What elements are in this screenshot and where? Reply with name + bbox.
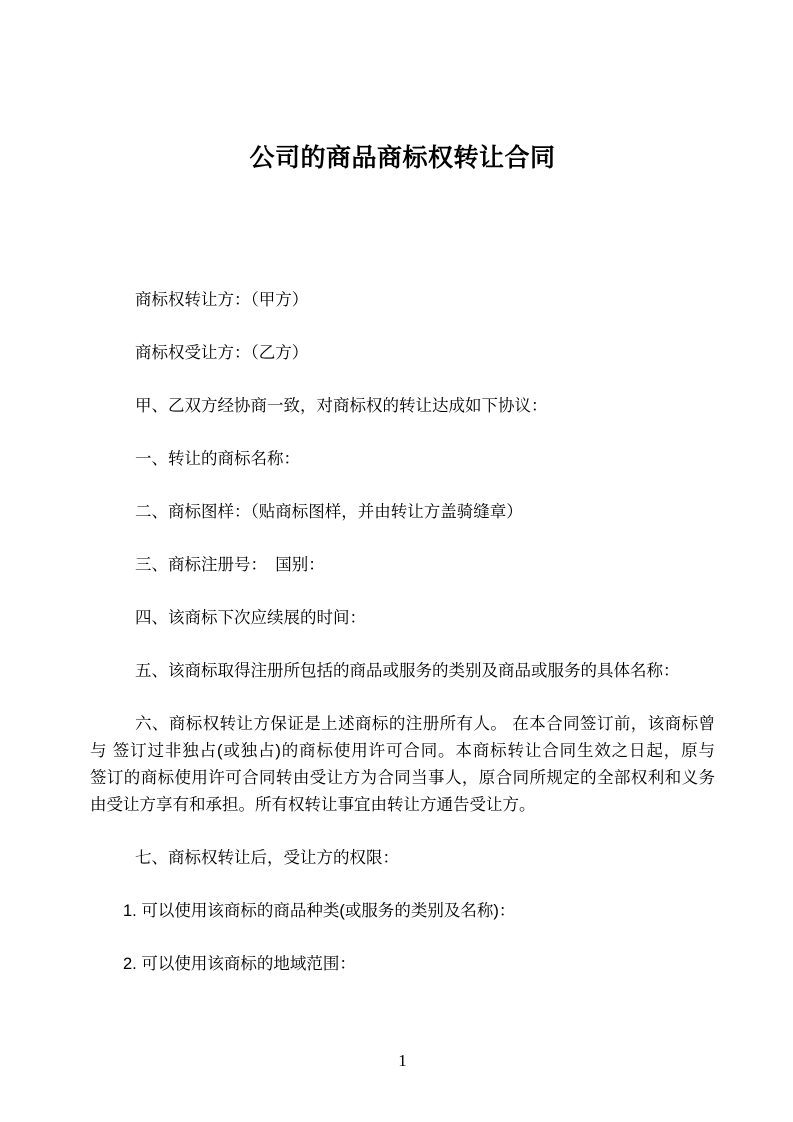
clause-6-line-1: 六、商标权转让方保证是上述商标的注册所有人。 在本合同签订前，该商标曾 [90,711,715,738]
clause-2-trademark-design: 二、商标图样：（贴商标图样，并由转让方盖骑缝章） [90,499,715,526]
document-title: 公司的商品商标权转让合同 [90,142,715,175]
clause-7-assignee-rights: 七、商标权转让后，受让方的权限： [90,845,715,872]
clause-5-goods-services: 五、该商标取得注册所包括的商品或服务的类别及商品或服务的具体名称： [90,658,715,685]
clause-7-item-2: 2. 可以使用该商标的地域范围： [90,951,715,978]
clause-6-ownership-guarantee: 六、商标权转让方保证是上述商标的注册所有人。 在本合同签订前，该商标曾 与 签订… [90,711,715,819]
paragraph-transferor: 商标权转让方：（甲方） [90,287,715,314]
clause-6-line-3: 签订的商标使用许可合同转由受让方为合同当事人，原合同所规定的全部权利和义务 [90,765,715,792]
page-number: 1 [90,1050,715,1072]
paragraph-transferee: 商标权受让方：（乙方） [90,340,715,367]
contract-document-page: 公司的商品商标权转让合同 商标权转让方：（甲方） 商标权受让方：（乙方） 甲、乙… [0,0,793,1122]
clause-6-line-4: 由受让方享有和承担。所有权转让事宜由转让方通告受让方。 [90,792,715,819]
clause-3-registration-number: 三、商标注册号： 国别： [90,552,715,579]
clause-4-renewal-time: 四、该商标下次应续展的时间： [90,605,715,632]
clause-6-line-2: 与 签订过非独占(或独占)的商标使用许可合同。本商标转让合同生效之日起，原与 [90,738,715,765]
paragraph-preamble: 甲、乙双方经协商一致，对商标权的转让达成如下协议： [90,393,715,420]
clause-1-trademark-name: 一、转让的商标名称： [90,446,715,473]
clause-7-item-1: 1. 可以使用该商标的商品种类(或服务的类别及名称)： [90,898,715,925]
